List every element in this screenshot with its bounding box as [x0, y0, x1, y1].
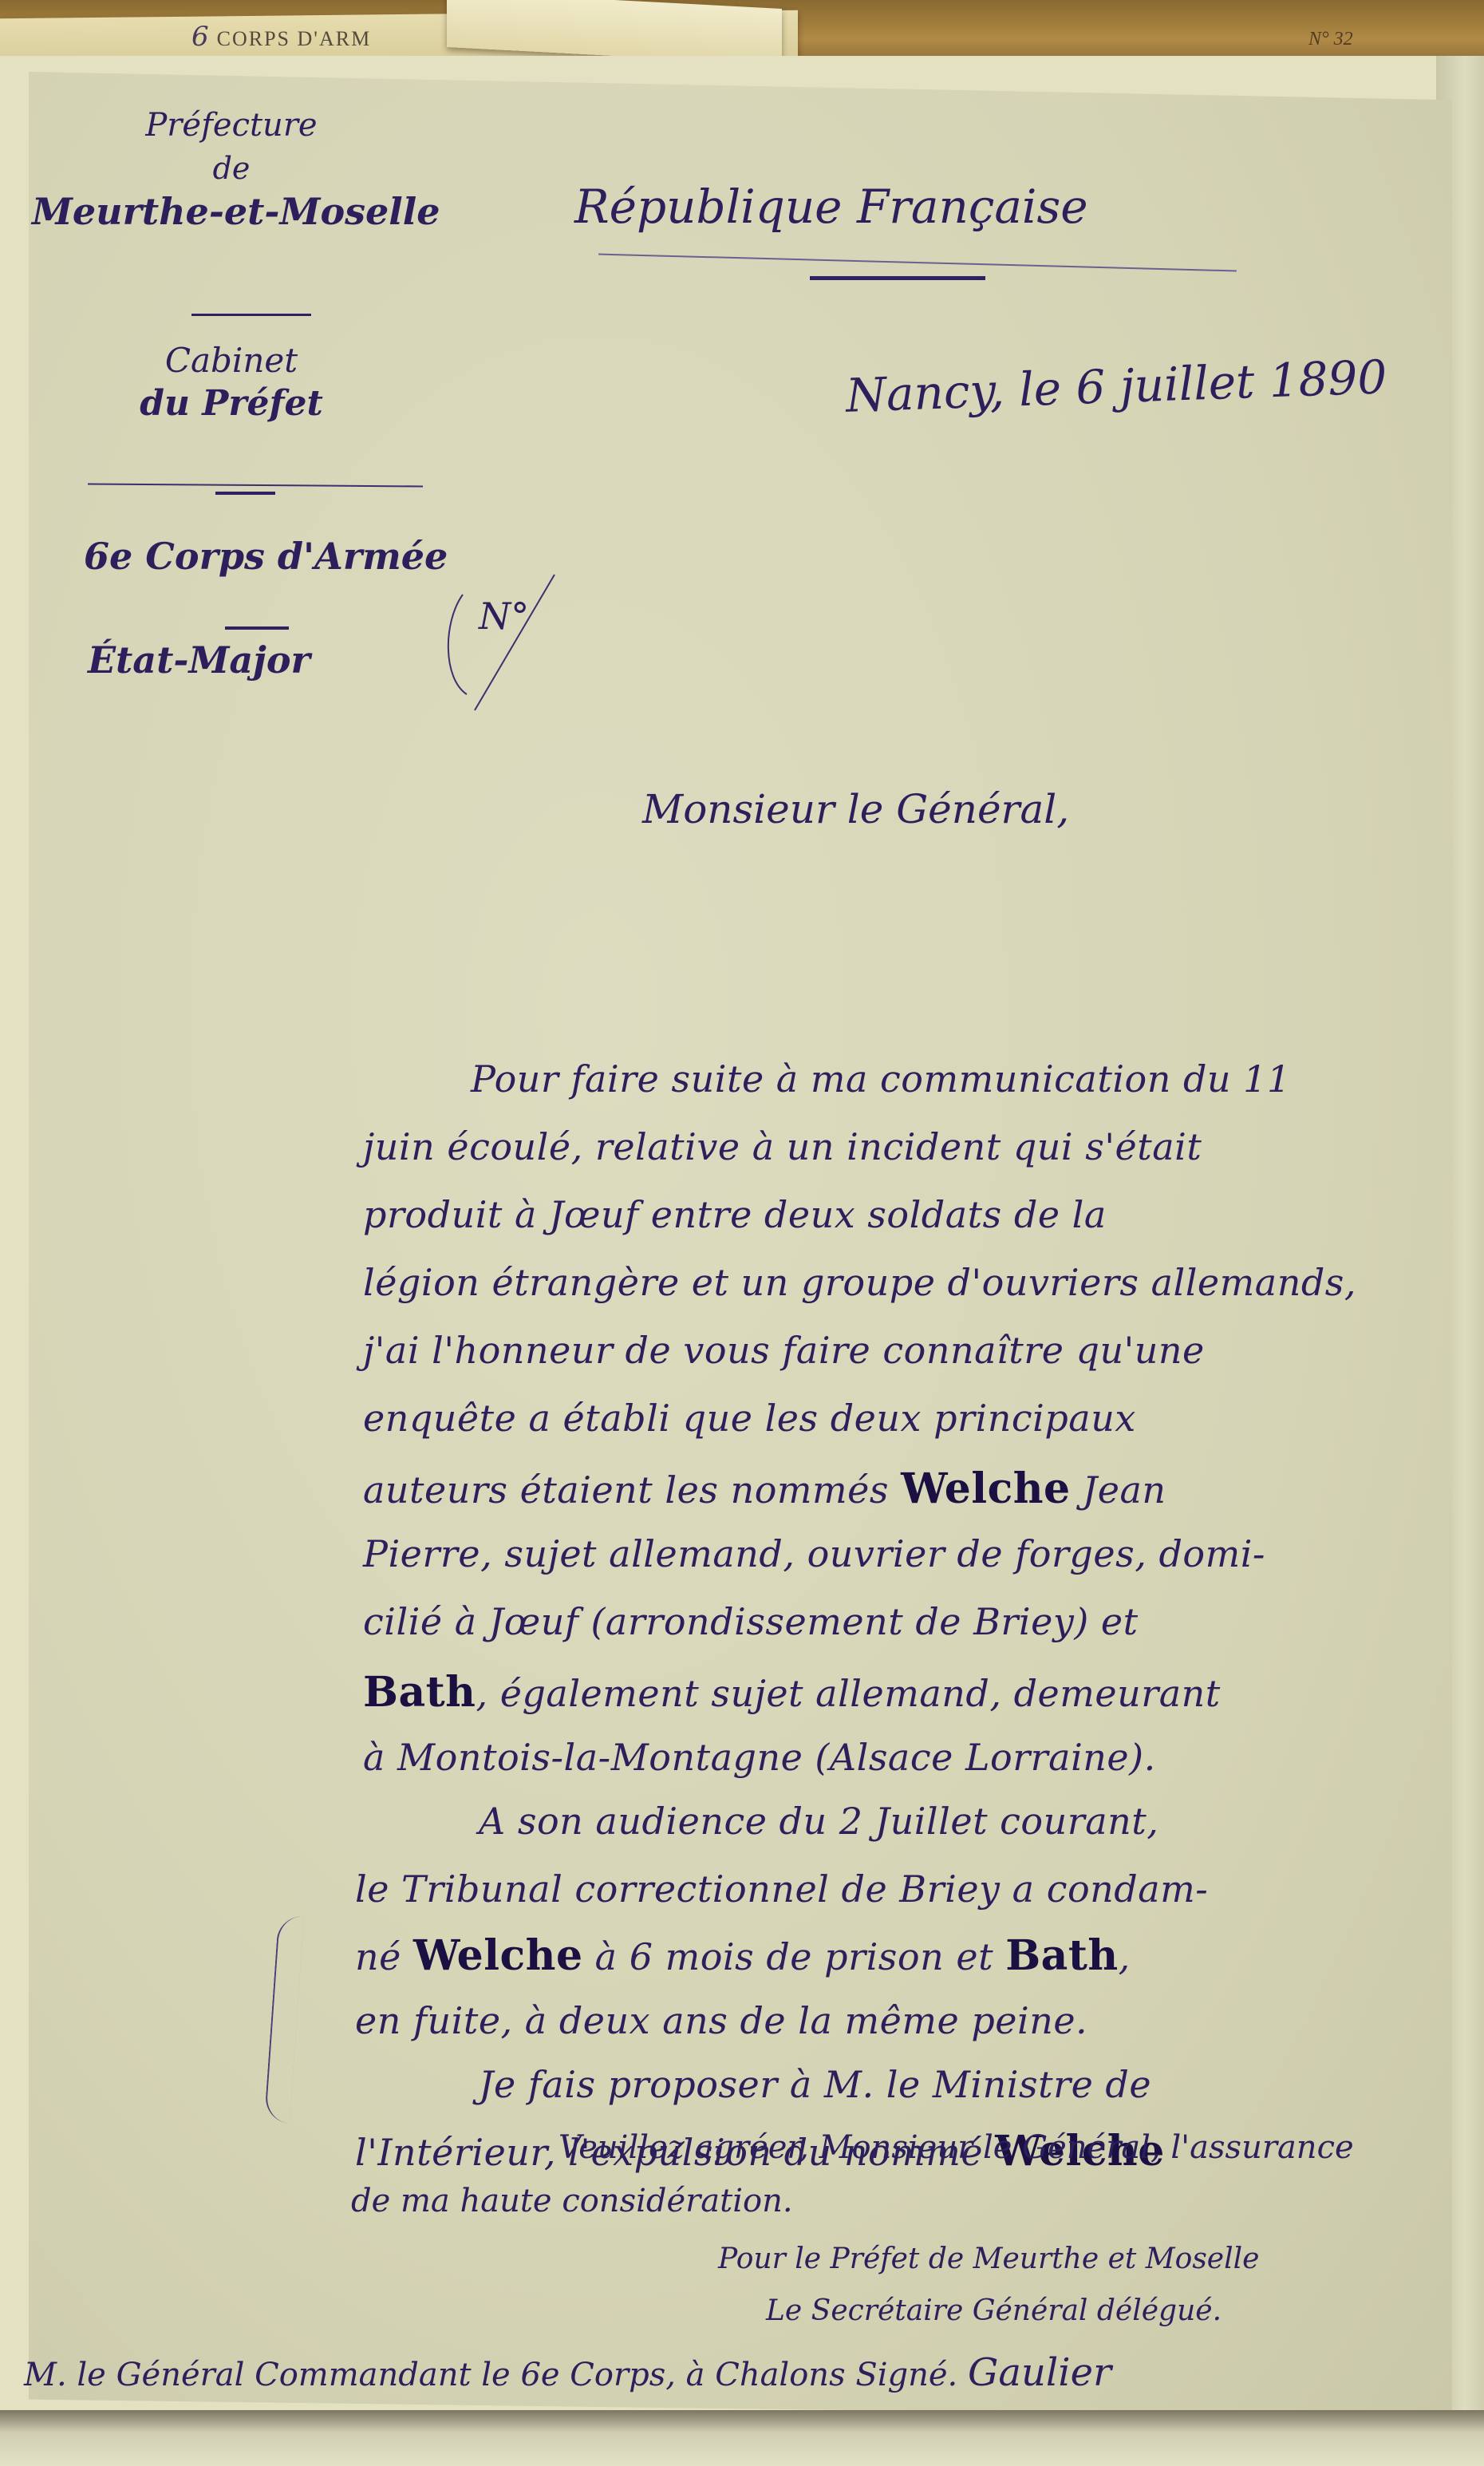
etat-major: État-Major: [88, 638, 310, 682]
reference-number-mark: [447, 559, 574, 718]
name-bath-2: Bath: [1005, 1931, 1118, 1980]
name-bath: Bath: [363, 1668, 476, 1717]
body-line-10-text: également sujet allemand, demeurant: [500, 1672, 1221, 1715]
body-line-14-text: à 6 mois de prison et: [595, 1935, 993, 1978]
republic-heading: République Française: [574, 180, 1088, 234]
body-line-10: Bath, également sujet allemand, demeuran…: [363, 1668, 1221, 1717]
name-welche-2: Welche: [413, 1931, 583, 1980]
folder-number: N° 32: [1308, 29, 1353, 50]
body-line-7: auteurs étaient les nommés Welche Jean: [363, 1464, 1166, 1513]
body-line-4: légion étrangère et un groupe d'ouvriers…: [363, 1261, 1356, 1304]
army-corps: 6e Corps d'Armée: [84, 535, 448, 578]
folder-stamp-number: 6: [191, 21, 211, 53]
body-line-9: cilié à Jœuf (arrondissement de Briey) e…: [363, 1600, 1139, 1643]
body-line-3: produit à Jœuf entre deux soldats de la: [363, 1193, 1107, 1236]
prefecture-department: Meurthe-et-Moselle: [32, 190, 431, 233]
signer-name: Gaulier: [968, 2350, 1111, 2395]
header-divider: [191, 314, 311, 316]
bottom-paper-fold: [0, 2410, 1484, 2466]
folder-stamp: 6CORPS D'ARM: [191, 21, 371, 53]
body-line-8: Pierre, sujet allemand, ouvrier de forge…: [363, 1532, 1265, 1575]
prefecture-header: Préfecture de Meurthe-et-Moselle: [32, 104, 431, 233]
cabinet-divider-mark: [215, 492, 275, 495]
closing-line-2: de ma haute considération.: [351, 2183, 793, 2219]
addressee-line: M. le Général Commandant le 6e Corps, à …: [24, 2350, 1111, 2395]
cabinet-title: Cabinet: [32, 339, 431, 382]
salutation: Monsieur le Général,: [642, 786, 1069, 832]
name-jean: Jean: [1083, 1468, 1166, 1512]
prefecture-de: de: [32, 147, 431, 190]
cabinet-header: Cabinet du Préfet: [32, 339, 431, 425]
body-line-7-text: auteurs étaient les nommés: [363, 1468, 889, 1512]
body-line-12: A son audience du 2 Juillet courant,: [479, 1800, 1158, 1843]
republic-underline-mark: [810, 276, 985, 280]
body-line-16: Je fais proposer à M. le Ministre de: [479, 2063, 1151, 2106]
folder-stamp-text: CORPS D'ARM: [217, 27, 372, 50]
body-line-11: à Montois-la-Montagne (Alsace Lorraine).: [363, 1736, 1156, 1779]
prefecture-title: Préfecture: [32, 104, 431, 147]
body-line-14: né Welche à 6 mois de prison et Bath,: [355, 1931, 1131, 1980]
body-line-13: le Tribunal correctionnel de Briey a con…: [355, 1867, 1208, 1911]
addressee: M. le Général Commandant le 6e Corps, à …: [24, 2357, 846, 2393]
signature-line-1: Pour le Préfet de Meurthe et Moselle: [718, 2243, 1259, 2275]
signature-line-2: Le Secrétaire Général délégué.: [766, 2294, 1222, 2327]
name-welche: Welche: [901, 1464, 1071, 1513]
body-line-5: j'ai l'honneur de vous faire connaître q…: [363, 1329, 1205, 1372]
cabinet-prefet: du Préfet: [32, 382, 431, 425]
corps-divider: [225, 626, 289, 630]
body-line-2: juin écoulé, relative à un incident qui …: [363, 1125, 1202, 1168]
body-line-1: Pour faire suite à ma communication du 1…: [471, 1057, 1291, 1101]
closing-line-1-text: Veuillez agréer, Monsieur le Général, l'…: [558, 2129, 1354, 2166]
body-line-14-prefix: né: [355, 1935, 401, 1978]
body-line-6: enquête a établi que les deux principaux: [363, 1397, 1136, 1440]
reference-number-label: N°: [479, 595, 529, 638]
signed-label: Signé.: [855, 2357, 957, 2393]
body-line-15: en fuite, à deux ans de la même peine.: [355, 1999, 1087, 2042]
